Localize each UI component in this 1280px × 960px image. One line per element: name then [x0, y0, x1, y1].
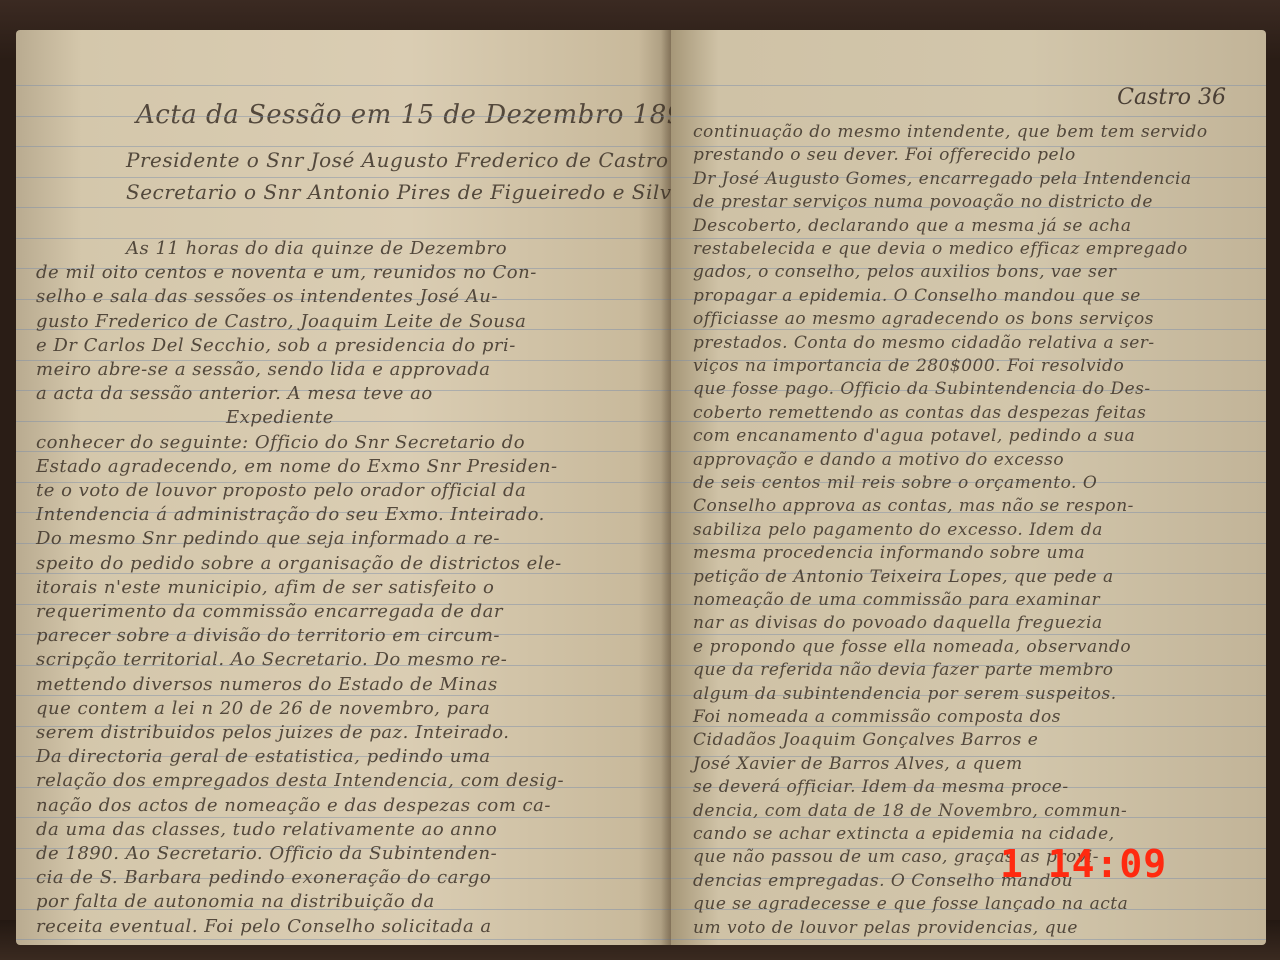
handwritten-line: gusto Frederico de Castro, Joaquim Leite…: [36, 311, 526, 332]
handwritten-line: que se agradecesse e que fosse lançado n…: [693, 894, 1128, 914]
handwritten-line: petição de Antonio Teixeira Lopes, que p…: [693, 567, 1114, 587]
handwritten-line: coberto remettendo as contas das despeza…: [693, 403, 1146, 423]
handwritten-line: Descoberto, declarando que a mesma já se…: [693, 216, 1132, 236]
handwritten-line: que da referida não devia fazer parte me…: [693, 660, 1113, 680]
handwritten-line: Da directoria geral de estatistica, pedi…: [36, 746, 491, 767]
ruled-line: [671, 85, 1266, 86]
handwritten-line: de mil oito centos e noventa e um, reuni…: [36, 262, 537, 283]
handwritten-line: a acta da sessão anterior. A mesa teve a…: [36, 383, 433, 404]
handwritten-line: viços na importancia de 280$000. Foi res…: [693, 356, 1124, 376]
handwritten-line: As 11 horas do dia quinze de Dezembro: [126, 238, 507, 259]
handwritten-line: prestando o seu dever. Foi offerecido pe…: [693, 145, 1076, 165]
handwritten-line: um voto de louvor pelas providencias, qu…: [693, 918, 1078, 938]
handwritten-line: nomeação de uma commissão para examinar: [693, 590, 1100, 610]
handwritten-line: Do mesmo Snr pedindo que seja informado …: [36, 528, 500, 549]
handwritten-line: Foi nomeada a commissão composta dos: [693, 707, 1061, 727]
handwritten-line: conhecer do seguinte: Officio do Snr Sec…: [36, 432, 525, 453]
handwritten-line: que fosse pago. Officio da Subintendenci…: [693, 379, 1151, 399]
handwritten-line: com encanamento d'agua potavel, pedindo …: [693, 426, 1135, 446]
handwritten-line: Dr José Augusto Gomes, encarregado pela …: [693, 169, 1192, 189]
handwritten-line: por falta de autonomia na distribuição d…: [36, 891, 435, 912]
handwritten-line: e propondo que fosse ella nomeada, obser…: [693, 637, 1131, 657]
handwritten-line: scripção territorial. Ao Secretario. Do …: [36, 649, 507, 670]
handwritten-line: restabelecida e que devia o medico effic…: [693, 239, 1188, 259]
handwritten-line: propagar a epidemia. O Conselho mandou q…: [693, 286, 1141, 306]
handwritten-line: Intendencia á administração do seu Exmo.…: [36, 504, 545, 525]
handwritten-line: gados, o conselho, pelos auxilios bons, …: [693, 262, 1117, 282]
handwritten-line: mesma procedencia informando sobre uma: [693, 543, 1085, 563]
handwritten-line: da uma das classes, tudo relativamente a…: [36, 819, 497, 840]
handwritten-line: receita eventual. Foi pelo Conselho soli…: [36, 916, 492, 937]
handwritten-line: de 1890. Ao Secretario. Officio da Subin…: [36, 843, 497, 864]
ruled-line: [16, 421, 671, 422]
ruled-line: [671, 939, 1266, 940]
handwritten-line: nar as divisas do povoado daquella fregu…: [693, 613, 1103, 633]
right-page: Castro 36 continuação do mesmo intendent…: [671, 30, 1266, 945]
header-line: Presidente o Snr José Augusto Frederico …: [126, 148, 668, 172]
handwritten-line: relação dos empregados desta Intendencia…: [36, 770, 564, 791]
ruled-line: [16, 207, 671, 208]
left-page: Acta da Sessão em 15 de Dezembro 1891 Pr…: [16, 30, 671, 945]
handwritten-line: e Dr Carlos Del Secchio, sob a presidenc…: [36, 335, 516, 356]
ruled-line: [16, 116, 671, 117]
ruled-line: [16, 695, 671, 696]
handwritten-line: approvação e dando a motivo do excesso: [693, 450, 1064, 470]
handwritten-line: meiro abre-se a sessão, sendo lida e app…: [36, 359, 490, 380]
section-heading: Expediente: [226, 407, 334, 428]
ruled-line: [671, 116, 1266, 117]
handwritten-line: te o voto de louvor proposto pelo orador…: [36, 480, 526, 501]
handwritten-line: nação dos actos de nomeação e das despez…: [36, 795, 551, 816]
handwritten-line: se deverá officiar. Idem da mesma proce-: [693, 777, 1069, 797]
handwritten-line: parecer sobre a divisão do territorio em…: [36, 625, 500, 646]
handwritten-line: speito do pedido sobre a organisação de …: [36, 553, 562, 574]
handwritten-line: itorais n'este municipio, afim de ser sa…: [36, 577, 494, 598]
handwritten-line: dencia, com data de 18 de Novembro, comm…: [693, 801, 1127, 821]
handwritten-line: Cidadãos Joaquim Gonçalves Barros e: [693, 730, 1038, 750]
handwritten-line: continuação do mesmo intendente, que bem…: [693, 122, 1208, 142]
handwritten-line: de seis centos mil reis sobre o orçament…: [693, 473, 1097, 493]
handwritten-line: serem distribuidos pelos juizes de paz. …: [36, 722, 510, 743]
ruled-line: [16, 177, 671, 178]
page-number: Castro 36: [1117, 85, 1226, 110]
handwritten-line: algum da subintendencia por serem suspei…: [693, 684, 1117, 704]
handwritten-line: Estado agradecendo, em nome do Exmo Snr …: [36, 456, 558, 477]
handwritten-line: officiasse ao mesmo agradecendo os bons …: [693, 309, 1154, 329]
handwritten-line: requerimento da commissão encarregada de…: [36, 601, 503, 622]
handwritten-line: José Xavier de Barros Alves, a quem: [693, 754, 1023, 774]
ruled-line: [16, 146, 671, 147]
handwritten-line: de prestar serviços numa povoação no dis…: [693, 192, 1153, 212]
ruled-line: [16, 939, 671, 940]
handwritten-line: prestados. Conta do mesmo cidadão relati…: [693, 333, 1155, 353]
ruled-line: [16, 85, 671, 86]
handwritten-line: cando se achar extincta a epidemia na ci…: [693, 824, 1115, 844]
handwritten-line: mettendo diversos numeros do Estado de M…: [36, 674, 498, 695]
header-line: Secretario o Snr Antonio Pires de Figuei…: [126, 180, 671, 204]
ruled-line: [671, 634, 1266, 635]
camera-timestamp: 1 14:09: [1000, 842, 1167, 886]
handwritten-line: sabiliza pelo pagamento do excesso. Idem…: [693, 520, 1103, 540]
handwritten-line: selho e sala das sessões os intendentes …: [36, 286, 498, 307]
open-ledger-book: Acta da Sessão em 15 de Dezembro 1891 Pr…: [16, 30, 1266, 945]
handwritten-line: cia de S. Barbara pedindo exoneração do …: [36, 867, 491, 888]
handwritten-line: que contem a lei n 20 de 26 de novembro,…: [36, 698, 490, 719]
handwritten-line: Conselho approva as contas, mas não se r…: [693, 496, 1134, 516]
